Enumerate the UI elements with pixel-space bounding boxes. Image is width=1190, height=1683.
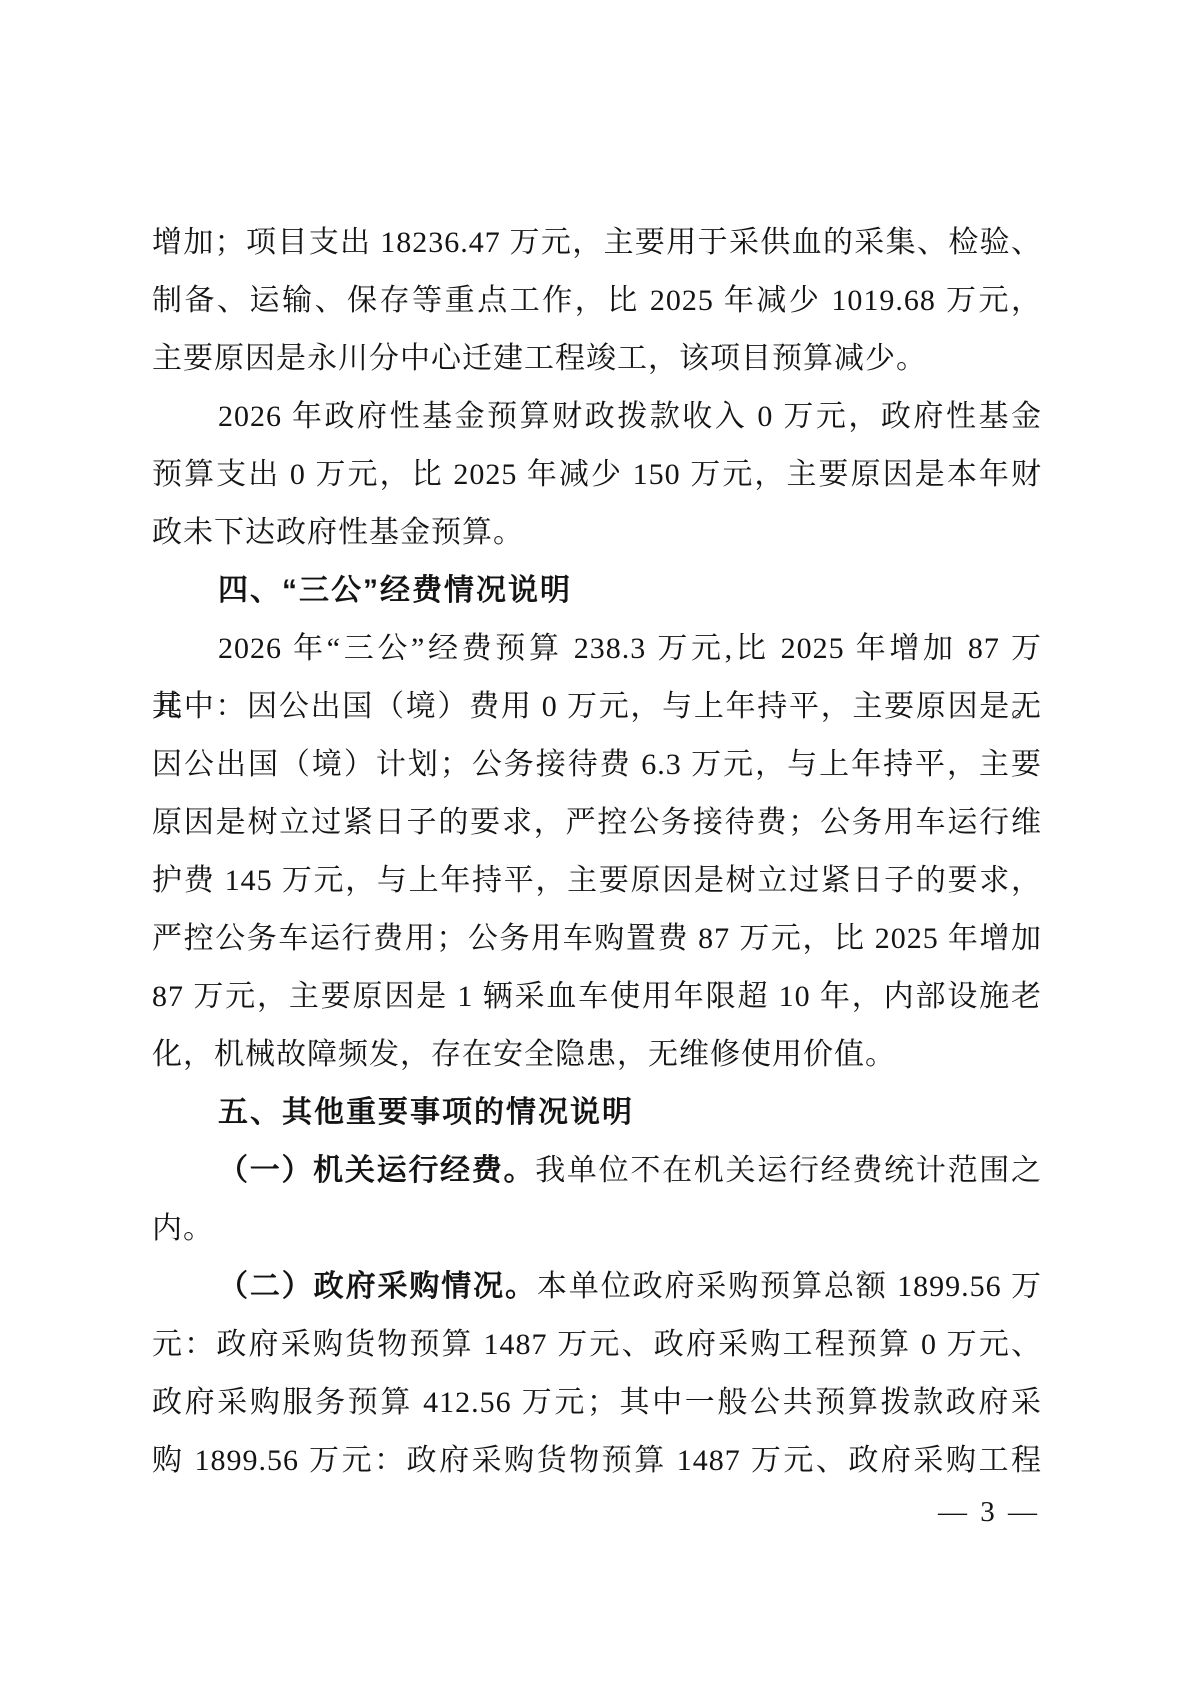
text-run: 四、“三公”经费情况说明 xyxy=(218,574,572,607)
text-run: 政未下达政府性基金预算。 xyxy=(152,516,524,549)
text-line: 原因是树立过紧日子的要求，严控公务接待费；公务用车运行维 xyxy=(152,794,1042,852)
paragraph: （一）机关运行经费。我单位不在机关运行经费统计范围之内。 xyxy=(152,1142,1042,1258)
text-run: 其中：因公出国（境）费用 0 万元，与上年持平，主要原因是无 xyxy=(152,690,1042,723)
text-line: 制备、运输、保存等重点工作，比 2025 年减少 1019.68 万元， xyxy=(152,272,1042,330)
paragraph: 增加；项目支出 18236.47 万元，主要用于采供血的采集、检验、制备、运输、… xyxy=(152,214,1042,388)
paragraph: 2026 年“三公”经费预算 238.3 万元,比 2025 年增加 87 万元… xyxy=(152,620,1042,1084)
text-line: 化，机械故障频发，存在安全隐患，无维修使用价值。 xyxy=(152,1026,1042,1084)
text-line: 五、其他重要事项的情况说明 xyxy=(152,1084,1042,1142)
text-line: 政府采购服务预算 412.56 万元；其中一般公共预算拨款政府采 xyxy=(152,1374,1042,1432)
text-line: 因公出国（境）计划；公务接待费 6.3 万元，与上年持平，主要 xyxy=(152,736,1042,794)
text-line: 内。 xyxy=(152,1200,1042,1258)
text-run: 主要原因是永川分中心迁建工程竣工，该项目预算减少。 xyxy=(152,342,927,375)
document-page: 增加；项目支出 18236.47 万元，主要用于采供血的采集、检验、制备、运输、… xyxy=(0,0,1190,1683)
text-run: 因公出国（境）计划；公务接待费 6.3 万元，与上年持平，主要 xyxy=(152,748,1042,781)
text-run: 增加；项目支出 18236.47 万元，主要用于采供血的采集、检验、 xyxy=(152,226,1042,259)
section-heading: 五、其他重要事项的情况说明 xyxy=(152,1084,1042,1142)
text-run: 护费 145 万元，与上年持平，主要原因是树立过紧日子的要求， xyxy=(152,864,1042,897)
text-line: （一）机关运行经费。我单位不在机关运行经费统计范围之 xyxy=(152,1142,1042,1200)
text-line: 主要原因是永川分中心迁建工程竣工，该项目预算减少。 xyxy=(152,330,1042,388)
text-line: 政未下达政府性基金预算。 xyxy=(152,504,1042,562)
text-line: 2026 年政府性基金预算财政拨款收入 0 万元，政府性基金 xyxy=(152,388,1042,446)
section-heading: 四、“三公”经费情况说明 xyxy=(152,562,1042,620)
document-body: 增加；项目支出 18236.47 万元，主要用于采供血的采集、检验、制备、运输、… xyxy=(152,214,1042,1490)
text-line: 预算支出 0 万元，比 2025 年减少 150 万元，主要原因是本年财 xyxy=(152,446,1042,504)
text-line: 元：政府采购货物预算 1487 万元、政府采购工程预算 0 万元、 xyxy=(152,1316,1042,1374)
paragraph-lead-in: （一）机关运行经费。 xyxy=(218,1154,535,1187)
text-run: 化，机械故障频发，存在安全隐患，无维修使用价值。 xyxy=(152,1038,896,1071)
text-run: 五、其他重要事项的情况说明 xyxy=(218,1096,634,1129)
text-line: 严控公务车运行费用；公务用车购置费 87 万元，比 2025 年增加 xyxy=(152,910,1042,968)
text-line: 购 1899.56 万元：政府采购货物预算 1487 万元、政府采购工程 xyxy=(152,1432,1042,1490)
text-line: 其中：因公出国（境）费用 0 万元，与上年持平，主要原因是无 xyxy=(152,678,1042,736)
text-line: 87 万元，主要原因是 1 辆采血车使用年限超 10 年，内部设施老 xyxy=(152,968,1042,1026)
text-run: 严控公务车运行费用；公务用车购置费 87 万元，比 2025 年增加 xyxy=(152,922,1042,955)
text-line: （二）政府采购情况。本单位政府采购预算总额 1899.56 万 xyxy=(152,1258,1042,1316)
text-run: 政府采购服务预算 412.56 万元；其中一般公共预算拨款政府采 xyxy=(152,1386,1042,1419)
text-run: 元：政府采购货物预算 1487 万元、政府采购工程预算 0 万元、 xyxy=(152,1328,1042,1361)
text-run: 2026 年政府性基金预算财政拨款收入 0 万元，政府性基金 xyxy=(218,400,1042,433)
paragraph-lead-in: （二）政府采购情况。 xyxy=(218,1270,537,1303)
text-run: 87 万元，主要原因是 1 辆采血车使用年限超 10 年，内部设施老 xyxy=(152,980,1042,1013)
paragraph: （二）政府采购情况。本单位政府采购预算总额 1899.56 万元：政府采购货物预… xyxy=(152,1258,1042,1490)
text-run: 我单位不在机关运行经费统计范围之 xyxy=(535,1154,1042,1187)
page-number: — 3 — xyxy=(938,1492,1040,1532)
text-run: 内。 xyxy=(152,1212,214,1245)
text-line: 护费 145 万元，与上年持平，主要原因是树立过紧日子的要求， xyxy=(152,852,1042,910)
text-line: 增加；项目支出 18236.47 万元，主要用于采供血的采集、检验、 xyxy=(152,214,1042,272)
text-run: 本单位政府采购预算总额 1899.56 万 xyxy=(537,1270,1042,1303)
text-run: 原因是树立过紧日子的要求，严控公务接待费；公务用车运行维 xyxy=(152,806,1042,839)
paragraph: 2026 年政府性基金预算财政拨款收入 0 万元，政府性基金预算支出 0 万元，… xyxy=(152,388,1042,562)
text-line: 2026 年“三公”经费预算 238.3 万元,比 2025 年增加 87 万元… xyxy=(152,620,1042,678)
text-run: 购 1899.56 万元：政府采购货物预算 1487 万元、政府采购工程 xyxy=(152,1444,1042,1477)
text-run: 制备、运输、保存等重点工作，比 2025 年减少 1019.68 万元， xyxy=(152,284,1042,317)
text-line: 四、“三公”经费情况说明 xyxy=(152,562,1042,620)
text-run: 预算支出 0 万元，比 2025 年减少 150 万元，主要原因是本年财 xyxy=(152,458,1042,491)
